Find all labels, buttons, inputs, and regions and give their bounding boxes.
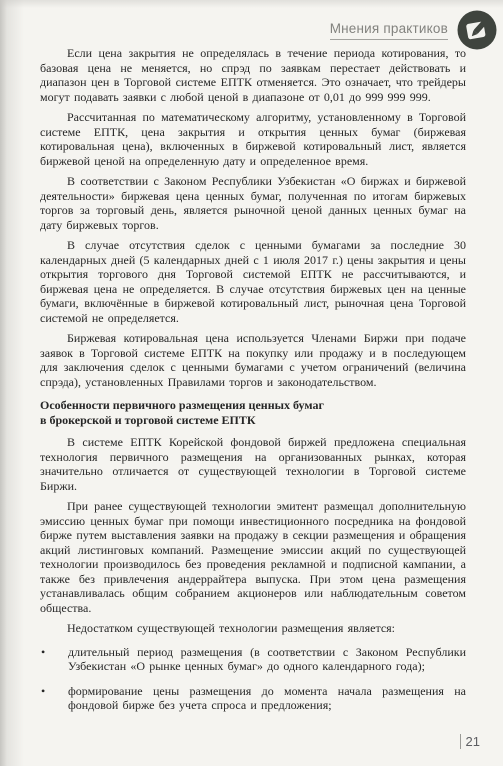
page-footer: 21 — [460, 733, 480, 751]
list-intro: Недостатком существующей технологии разм… — [40, 621, 466, 636]
paragraph: В случае отсутствия сделок с ценными бум… — [40, 238, 466, 325]
drawbacks-list: • длительный период размещения (в соотве… — [40, 645, 466, 713]
paragraph: Рассчитанная по математическому алгоритм… — [40, 110, 466, 168]
paragraph: Если цена закрытия не определялась в теч… — [40, 46, 466, 104]
paragraph: Биржевая котировальная цена используется… — [40, 331, 466, 389]
document-page: Мнения практиков Если цена закрытия не о… — [0, 0, 503, 766]
paragraph: В соответствии с Законом Республики Узбе… — [40, 174, 466, 232]
page-body: Если цена закрытия не определялась в теч… — [0, 0, 503, 723]
bullet-icon: • — [40, 645, 68, 674]
page-number: 21 — [460, 734, 480, 749]
list-item-text: формирование цены размещения до момента … — [68, 684, 466, 713]
list-item-text: длительный период размещения (в соответс… — [68, 645, 466, 674]
section-heading: Особенности первичного размещения ценных… — [40, 398, 466, 427]
section-heading-line: в брокерской и торговой системе ЕПТК — [40, 413, 466, 428]
bullet-icon: • — [40, 684, 68, 713]
paragraph: В системе ЕПТК Корейской фондовой биржей… — [40, 435, 466, 493]
section-heading-line: Особенности первичного размещения ценных… — [40, 398, 466, 413]
list-item: • длительный период размещения (в соотве… — [40, 645, 466, 674]
paragraph: При ранее существующей технологии эмитен… — [40, 499, 466, 615]
list-item: • формирование цены размещения до момент… — [40, 684, 466, 713]
